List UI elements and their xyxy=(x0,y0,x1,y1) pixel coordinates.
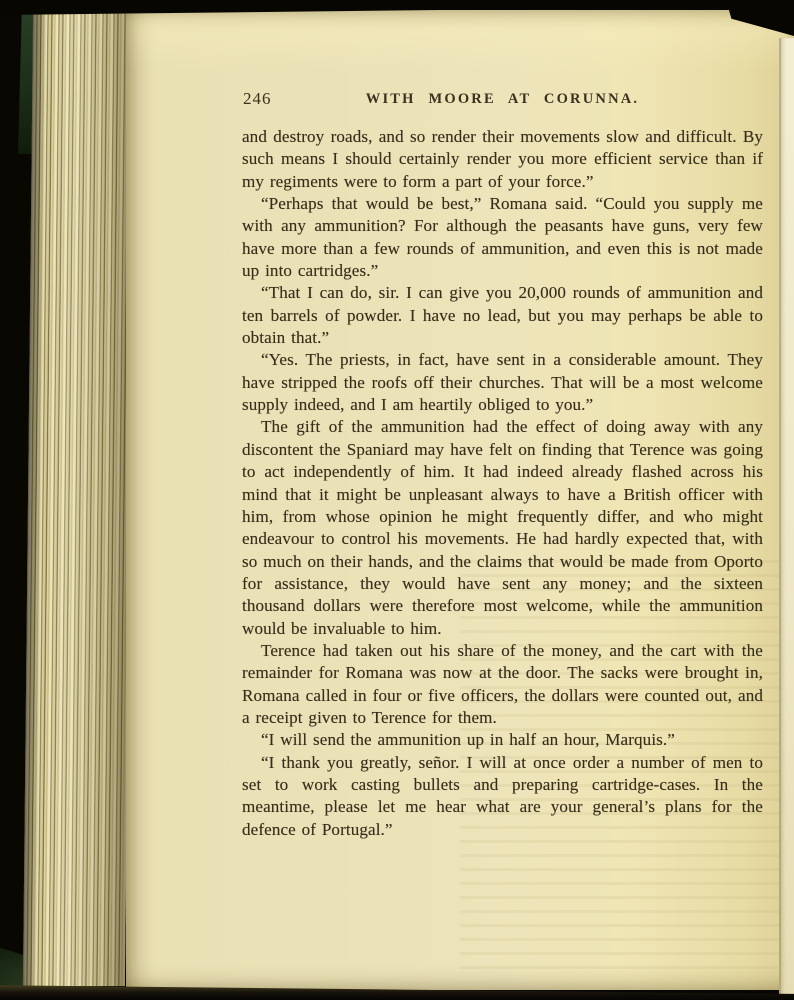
paragraph: and destroy roads, and so render their m… xyxy=(242,126,763,193)
paragraph: “Perhaps that would be best,” Romana sai… xyxy=(242,193,763,282)
paragraph: The gift of the ammunition had the effec… xyxy=(242,416,763,639)
paragraph: “That I can do, sir. I can give you 20,0… xyxy=(242,282,763,349)
paragraph: Terence had taken out his share of the m… xyxy=(242,640,763,729)
page-fore-edges xyxy=(23,10,135,986)
paragraph: “Yes. The priests, in fact, have sent in… xyxy=(242,349,763,416)
book-scan: 246 WITH MOORE AT CORUNNA. and destroy r… xyxy=(0,0,794,1000)
printed-text-block: 246 WITH MOORE AT CORUNNA. and destroy r… xyxy=(242,88,763,841)
paragraph: “I will send the ammunition up in half a… xyxy=(242,729,763,751)
page-number: 246 xyxy=(243,89,272,109)
running-title: WITH MOORE AT CORUNNA. xyxy=(242,88,763,108)
page-header: 246 WITH MOORE AT CORUNNA. xyxy=(242,88,763,112)
body-text: and destroy roads, and so render their m… xyxy=(242,126,763,841)
book-page: 246 WITH MOORE AT CORUNNA. and destroy r… xyxy=(126,10,794,990)
next-page-edge xyxy=(779,38,794,998)
paragraph: “I thank you greatly, señor. I will at o… xyxy=(242,752,763,841)
